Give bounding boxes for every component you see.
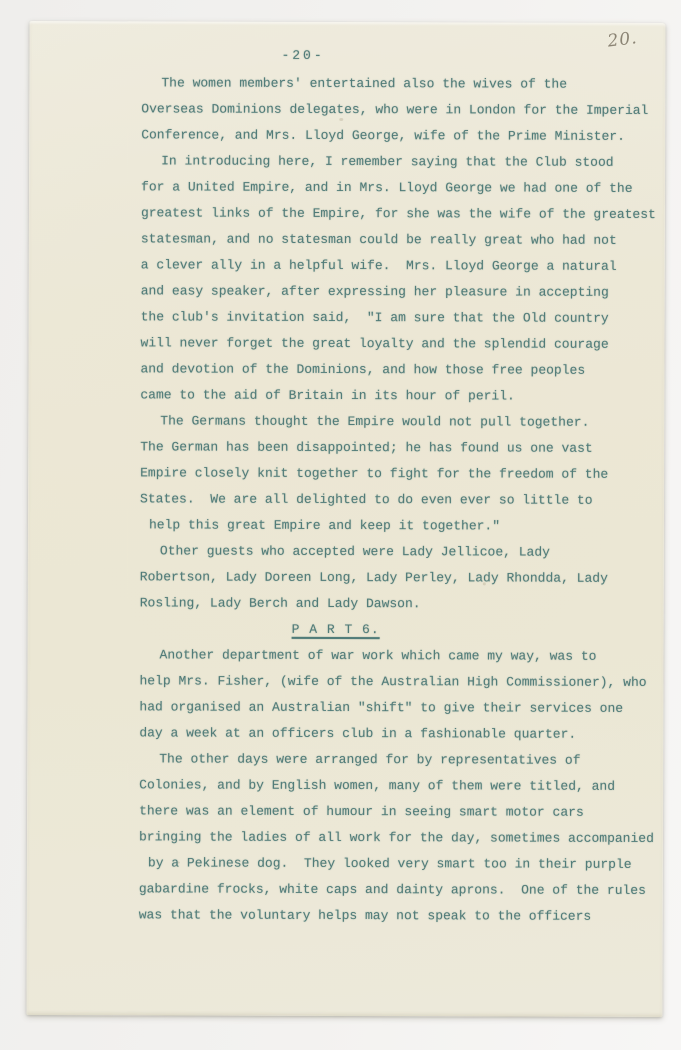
- typed-line: the club's invitation said, "I am sure t…: [141, 304, 663, 332]
- typed-line: Conference, and Mrs. Lloyd George, wife …: [141, 122, 663, 150]
- typed-line: by a Pekinese dog. They looked very smar…: [139, 850, 661, 878]
- typed-line: Colonies, and by English women, many of …: [139, 772, 661, 800]
- typed-line: The German has been disappointed; he has…: [140, 434, 662, 462]
- typed-line: The Germans thought the Empire would not…: [140, 408, 662, 436]
- typed-line: help this great Empire and keep it toget…: [140, 512, 662, 540]
- typed-line: a clever ally in a helpful wife. Mrs. Ll…: [141, 252, 663, 280]
- typed-line: Robertson, Lady Doreen Long, Lady Perley…: [140, 564, 662, 592]
- typescript-page: -20- 20. The women members' entertained …: [26, 21, 665, 1017]
- handwritten-page-number: 20.: [606, 28, 638, 51]
- typed-line: there was an element of humour in seeing…: [139, 798, 661, 826]
- typed-line: States. We are all delighted to do even …: [140, 486, 662, 514]
- typed-line: came to the aid of Britain in its hour o…: [140, 382, 662, 410]
- typed-line: gabardine frocks, white caps and dainty …: [139, 876, 661, 904]
- typed-line: Overseas Dominions delegates, who were i…: [141, 96, 663, 124]
- typed-line: Empire closely knit together to fight fo…: [140, 460, 662, 488]
- typed-line: will never forget the great loyalty and …: [141, 330, 663, 358]
- typed-line: bringing the ladies of all work for the …: [139, 824, 661, 852]
- typed-line: Another department of war work which cam…: [140, 642, 662, 670]
- typed-line: The women members' entertained also the …: [141, 70, 663, 98]
- typed-line: and devotion of the Dominions, and how t…: [140, 356, 662, 384]
- typed-page-number: -20-: [281, 48, 324, 63]
- part-heading: P A R T 6.: [140, 616, 662, 644]
- typed-line: statesman, and no statesman could be rea…: [141, 226, 663, 254]
- typed-line: The other days were arranged for by repr…: [139, 746, 661, 774]
- typed-line: was that the voluntary helps may not spe…: [139, 902, 661, 930]
- typed-line: Rosling, Lady Berch and Lady Dawson.: [140, 590, 662, 618]
- typed-line: and easy speaker, after expressing her p…: [141, 278, 663, 306]
- typed-line: day a week at an officers club in a fash…: [139, 720, 661, 748]
- typed-line: Other guests who accepted were Lady Jell…: [140, 538, 662, 566]
- typed-line: for a United Empire, and in Mrs. Lloyd G…: [141, 174, 663, 202]
- typed-line: help Mrs. Fisher, (wife of the Australia…: [139, 668, 661, 696]
- typed-line: greatest links of the Empire, for she wa…: [141, 200, 663, 228]
- typed-lines: The women members' entertained also the …: [139, 70, 664, 930]
- typed-line: In introducing here, I remember saying t…: [141, 148, 663, 176]
- typed-line: had organised an Australian "shift" to g…: [139, 694, 661, 722]
